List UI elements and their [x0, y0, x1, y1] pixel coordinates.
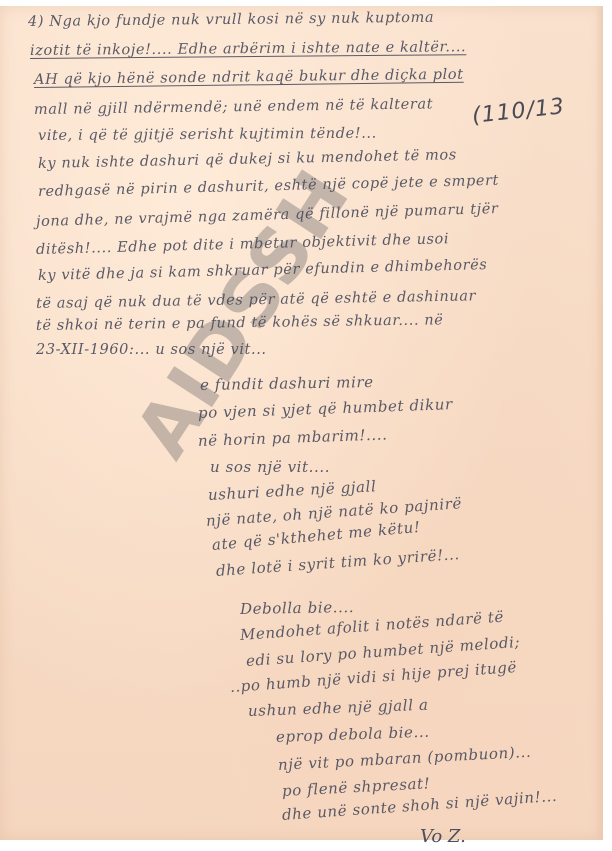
- prose-line: jona dhe, ne vrajmë nga zamëra që fillon…: [36, 201, 499, 230]
- poem-line: një vit po mbaran (pombuon)...: [278, 743, 532, 774]
- prose-line: ky vitë dhe ja si kam shkruar për efundi…: [38, 257, 488, 284]
- prose-line: ky nuk ishte dashuri që dukej si ku mend…: [38, 147, 457, 172]
- poem-line: ushuri edhe një gjall: [208, 477, 377, 504]
- document-page: AIDSSH (110/13 4) Nga kjo fundje nuk vru…: [0, 6, 603, 840]
- poem-line: u sos një vit....: [210, 458, 330, 476]
- dated-entry-line: 23-XII-1960:... u sos një vit...: [36, 342, 267, 358]
- poem-line: ushun edhe një gjall a: [248, 696, 429, 720]
- prose-line: redhgasë në pirin e dashurit, eshtë një …: [38, 173, 499, 200]
- poem-line: Debolla bie....: [240, 598, 354, 618]
- archive-reference-number: (110/13: [471, 94, 566, 129]
- prose-line: mall në gjill ndërmendë; unë endem në të…: [34, 96, 433, 118]
- poem-line: e fundit dashuri mire: [200, 373, 374, 394]
- prose-line: 4) Nga kjo fundje nuk vrull kosi në sy n…: [28, 10, 434, 30]
- signature: Vo Z.: [420, 826, 466, 847]
- prose-line: ditësh!.... Edhe pot dite i mbetur objek…: [36, 231, 450, 258]
- prose-line: vite, i që të gjitjë serisht kujtimin të…: [38, 126, 377, 144]
- prose-line: të shkoi në terin e pa fund të kohës së …: [36, 312, 444, 334]
- poem-line: po vjen si yjet që humbet dikur: [198, 395, 453, 422]
- poem-line: në horin pa mbarim!....: [198, 425, 388, 450]
- poem-line: eprop debola bie...: [276, 723, 430, 746]
- prose-line-underlined: AH që kjo hënë sonde ndrit kaqë bukur dh…: [34, 67, 464, 88]
- prose-line-underlined: izotit të inkoje!.... Edhe arbërim i ish…: [30, 39, 466, 59]
- prose-line: të asaj që nuk dua të vdes për atë që es…: [36, 288, 476, 312]
